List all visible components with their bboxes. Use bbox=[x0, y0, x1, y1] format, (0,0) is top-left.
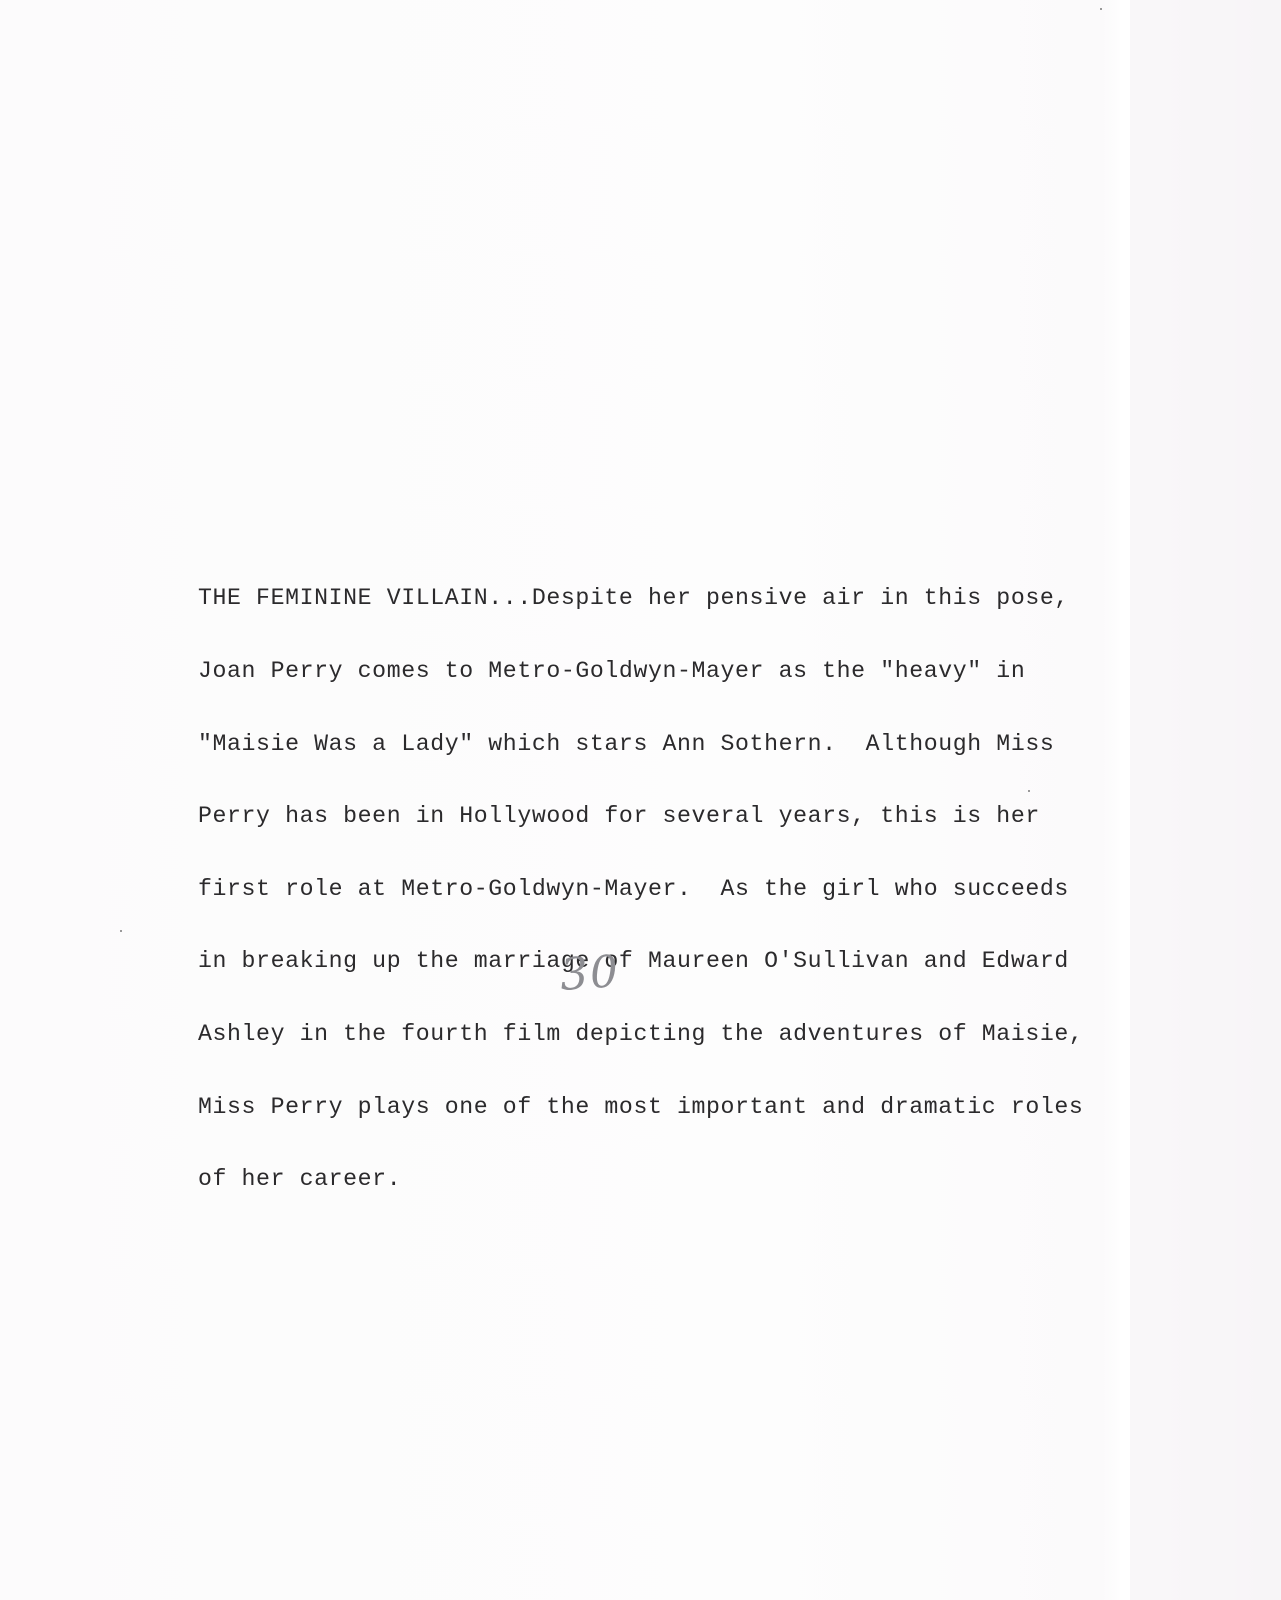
caption-line: first role at Metro-Goldwyn-Mayer. As th… bbox=[198, 877, 1178, 901]
paper-sheet: THE FEMININE VILLAIN...Despite her pensi… bbox=[0, 0, 1281, 1600]
caption-line: in breaking up the marriage of Maureen O… bbox=[198, 949, 1178, 973]
caption-line: Joan Perry comes to Metro-Goldwyn-Mayer … bbox=[198, 659, 1178, 683]
caption-line: of her career. bbox=[198, 1167, 1178, 1191]
caption-line: Ashley in the fourth film depicting the … bbox=[198, 1022, 1178, 1046]
paper-speck bbox=[120, 930, 122, 932]
paper-speck bbox=[1028, 790, 1030, 792]
handwritten-number: 30 bbox=[558, 946, 621, 1001]
paper-speck bbox=[1100, 8, 1102, 10]
caption-line: Perry has been in Hollywood for several … bbox=[198, 804, 1178, 828]
typed-caption: THE FEMININE VILLAIN...Despite her pensi… bbox=[198, 538, 1178, 1240]
caption-line: "Maisie Was a Lady" which stars Ann Soth… bbox=[198, 732, 1178, 756]
caption-line: Miss Perry plays one of the most importa… bbox=[198, 1095, 1178, 1119]
caption-line: THE FEMININE VILLAIN...Despite her pensi… bbox=[198, 586, 1178, 610]
